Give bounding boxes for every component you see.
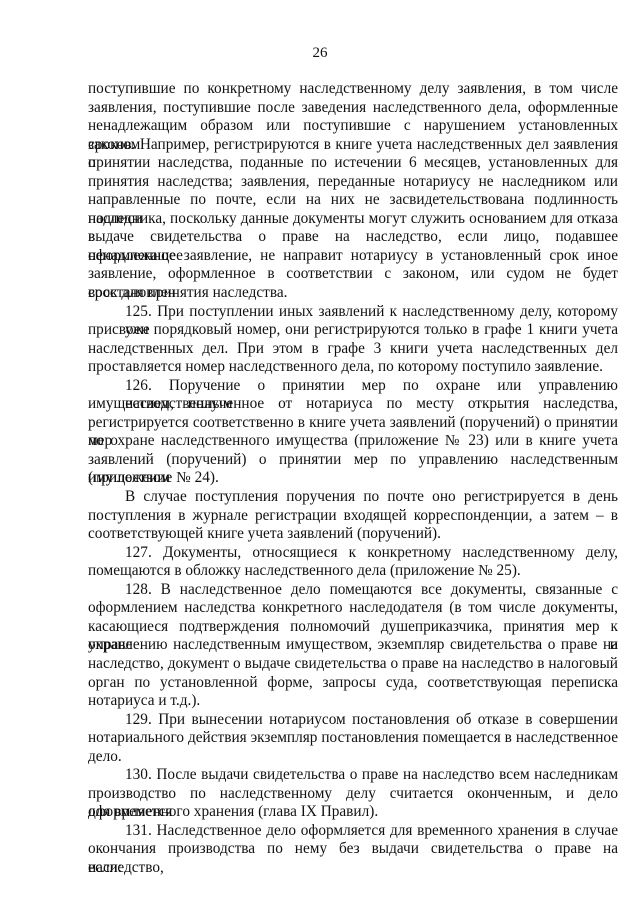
text-line: поступления в журнале регистрации входящ… — [88, 507, 618, 526]
text-line: наследника, поскольку данные документы м… — [88, 210, 618, 229]
text-line: направленные по почте, если на них не за… — [88, 191, 618, 210]
text-line: присвоен порядковый номер, они регистрир… — [88, 321, 618, 340]
text-line: ненадлежащим образом или поступившие с н… — [88, 117, 618, 136]
text-line: выдаче свидетельства о праве на наследст… — [88, 228, 618, 247]
text-line: если: — [88, 859, 618, 878]
text-line: заявления, поступившие после заведения н… — [88, 99, 618, 118]
text-line: окончания производства по нему без выдач… — [88, 840, 618, 859]
text-line: наследство, документ о выдаче свидетельс… — [88, 655, 618, 674]
text-line: оформлением наследства конкретного насле… — [88, 599, 618, 618]
text-line: наследственных дел. При этом в графе 3 к… — [88, 340, 618, 359]
text-line: по охране наследственного имущества (при… — [88, 432, 618, 451]
text-line: помещаются в обложку наследственного дел… — [88, 562, 618, 581]
text-line: заявление, оформленное в соответствии с … — [88, 265, 618, 284]
text-line: нотариального действия экземпляр постано… — [88, 729, 618, 748]
text-line: управлению наследственным имуществом, эк… — [88, 636, 618, 655]
text-line: 126. Поручение о принятии мер по охране … — [88, 377, 618, 396]
text-line: для временного хранения (глава IX Правил… — [88, 803, 618, 822]
text-line: орган по установленной форме, запросы су… — [88, 674, 618, 693]
text-line: соответствующей книге учета заявлений (п… — [88, 525, 618, 544]
text-line: поступившие по конкретному наследственно… — [88, 80, 618, 99]
text-line: заявлений (поручений) о принятии мер по … — [88, 451, 618, 470]
text-line: проставляется номер наследственного дела… — [88, 358, 618, 377]
text-line: принятии наследства, поданные по истечен… — [88, 154, 618, 173]
text-line: регистрируется соответственно в книге уч… — [88, 414, 618, 433]
document-body: поступившие по конкретному наследственно… — [88, 80, 618, 878]
text-line: сроков. Например, регистрируются в книге… — [88, 136, 618, 155]
text-line: дело. — [88, 748, 618, 767]
text-line: 131. Наследственное дело оформляется для… — [88, 822, 618, 841]
text-line: 127. Документы, относящиеся к конкретном… — [88, 544, 618, 563]
text-line: принятия наследства; заявления, переданн… — [88, 173, 618, 192]
text-line: 128. В наследственное дело помещаются вс… — [88, 581, 618, 600]
text-line: касающиеся подтверждения полномочий душе… — [88, 618, 618, 637]
text-line: срок для принятия наследства. — [88, 284, 618, 303]
text-line: 129. При вынесении нотариусом постановле… — [88, 711, 618, 730]
text-line: оформленное заявление, не направит нотар… — [88, 247, 618, 266]
text-line: 125. При поступлении иных заявлений к на… — [88, 303, 618, 322]
page-number: 26 — [0, 45, 640, 62]
text-line: (приложение № 24). — [88, 469, 618, 488]
text-line: В случае поступления поручения по почте … — [88, 488, 618, 507]
text-line: нотариуса и т.д.). — [88, 692, 618, 711]
text-line: 130. После выдачи свидетельства о праве … — [88, 766, 618, 785]
text-line: производство по наследственному делу счи… — [88, 785, 618, 804]
text-line: имуществом, полученное от нотариуса по м… — [88, 395, 618, 414]
